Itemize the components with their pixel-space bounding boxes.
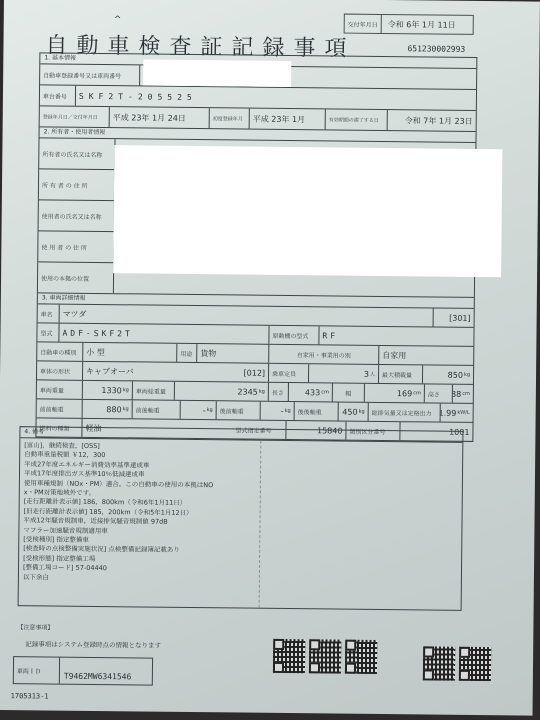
engine-value: RF bbox=[319, 326, 473, 346]
rr-axle-label: 後後軸重 bbox=[295, 402, 339, 420]
gross-weight-unit: kg bbox=[259, 389, 265, 395]
capacity-value: 3人 bbox=[309, 364, 379, 383]
caret-mark: ^ bbox=[114, 15, 122, 25]
owner-address-label: 所 有 者 の 住 所 bbox=[39, 169, 115, 200]
gross-weight-value: 2345kg bbox=[175, 382, 269, 401]
displacement-value: 1.99kW/L bbox=[441, 404, 473, 422]
length-unit: cm bbox=[321, 389, 329, 395]
displacement-unit: kW/L bbox=[457, 410, 469, 416]
capacity-number: 3 bbox=[364, 369, 369, 378]
rr-axle-value: 450kg bbox=[339, 403, 369, 421]
issue-date-label: 交付年月日 bbox=[345, 15, 382, 33]
remarks-lines: [富山]，継続検査，[OSS]自動車重量税額 ￥12，300平成27年度エネルギ… bbox=[19, 438, 463, 590]
length-value: 433cm bbox=[289, 383, 333, 401]
height-unit: cm bbox=[462, 391, 470, 397]
notes-heading: 【注意事項】 bbox=[17, 622, 53, 631]
model-label: 型式 bbox=[37, 323, 59, 341]
category-value: 小 型 bbox=[83, 343, 177, 362]
maker-label: 車名 bbox=[38, 304, 60, 322]
length-label: 長さ bbox=[269, 383, 289, 401]
qr-code-icon bbox=[423, 646, 455, 680]
remarks-box: 4. 備考 [富山]，継続検査，[OSS]自動車重量税額 ￥12，300平成27… bbox=[18, 426, 464, 611]
document-number: 651230002993 bbox=[407, 44, 465, 54]
redaction-registration-number bbox=[143, 59, 291, 87]
vehicle-id-box: 車両ＩＤ T9462MW6341546 bbox=[13, 656, 153, 685]
max-load-number: 850 bbox=[448, 370, 463, 379]
height-label: 高さ bbox=[425, 384, 453, 402]
model-value: ADF-SKF2T bbox=[59, 324, 269, 344]
first-year-value: 平成 23年 1月 bbox=[250, 109, 326, 130]
ff-axle-number: 880 bbox=[106, 405, 121, 414]
chassis-number-value: SKF2T-205525 bbox=[76, 86, 476, 110]
height-number: 188 bbox=[453, 389, 462, 398]
expiry-label: 有効期間の満了する日 bbox=[326, 109, 388, 130]
gross-weight-label: 車両総重量 bbox=[133, 381, 175, 399]
use-type-value: 自家用 bbox=[379, 346, 473, 365]
fr-axle-number: - bbox=[203, 406, 206, 415]
body-label: 車体の形状 bbox=[37, 361, 83, 379]
rf-axle-number: - bbox=[281, 406, 284, 415]
max-load-unit: kg bbox=[464, 372, 470, 378]
expiry-value: 令和 7年 1月 23日 bbox=[388, 110, 476, 131]
weight-unit: kg bbox=[123, 387, 129, 393]
rf-axle-label: 後前軸重 bbox=[217, 401, 261, 419]
footer-code: 1705313-1 bbox=[11, 692, 49, 700]
gross-weight-number: 2345 bbox=[237, 387, 257, 396]
rf-axle-unit: kg bbox=[285, 408, 291, 414]
displacement-label: 総排気量又は定格出力 bbox=[369, 403, 441, 422]
registration-number-label: 自動車登録番号又は車両番号 bbox=[40, 64, 140, 85]
first-year-label: 初度登録年月 bbox=[210, 108, 250, 128]
maker-code: [301] bbox=[434, 309, 474, 327]
purpose-value: 貨物 bbox=[197, 344, 269, 363]
weight-label: 車両重量 bbox=[37, 380, 83, 398]
width-number: 169 bbox=[397, 389, 412, 398]
use-type-label: 自家用・事業用の別 bbox=[269, 345, 379, 364]
first-registration-value: 平成 23年 1月 24日 bbox=[110, 107, 210, 128]
fr-axle-value: -kg bbox=[181, 401, 217, 419]
fr-axle-label: 前後軸重 bbox=[133, 400, 181, 419]
fr-axle-unit: kg bbox=[207, 407, 213, 413]
user-name-label: 使用者の氏名又は名称 bbox=[39, 200, 115, 231]
redaction-owner-info bbox=[113, 145, 502, 277]
length-number: 433 bbox=[305, 388, 320, 397]
chassis-number-label: 車台番号 bbox=[40, 85, 76, 105]
capacity-unit: 人 bbox=[370, 370, 375, 377]
engine-label: 原動機の型式 bbox=[269, 326, 319, 345]
width-label: 幅 bbox=[333, 383, 365, 401]
category-label: 自動車の種別 bbox=[37, 342, 83, 360]
user-address-label: 使 用 者 の 住 所 bbox=[38, 231, 114, 262]
vehicle-id-label: 車両ＩＤ bbox=[14, 657, 60, 683]
inspection-record-paper: ^ 自動車検査証記録事項 交付年月日 令和 6年 1月 11日 65123000… bbox=[0, 0, 540, 716]
rf-axle-value: -kg bbox=[261, 402, 295, 420]
weight-value: 1330kg bbox=[83, 381, 133, 400]
ff-axle-unit: kg bbox=[123, 406, 129, 412]
body-code: [012] bbox=[223, 363, 269, 381]
qr-code-icon bbox=[459, 647, 491, 681]
height-value: 188cm bbox=[453, 385, 473, 403]
ff-axle-value: 880kg bbox=[83, 400, 133, 419]
displacement-number: 1.99 bbox=[441, 408, 457, 417]
capacity-label: 乗車定員 bbox=[269, 364, 309, 382]
rr-axle-number: 450 bbox=[342, 407, 357, 416]
qr-code-icon bbox=[309, 639, 341, 673]
max-load-label: 最大積載量 bbox=[379, 365, 423, 383]
rr-axle-unit: kg bbox=[359, 409, 365, 415]
qr-code-group-right bbox=[423, 646, 491, 681]
base-location-label: 使用の本拠の位置 bbox=[38, 262, 114, 293]
width-unit: cm bbox=[413, 390, 421, 396]
notes-text: 記録事項はシステム登録時点の情報となります bbox=[25, 639, 161, 649]
qr-code-icon bbox=[345, 640, 377, 674]
max-load-value: 850kg bbox=[423, 365, 473, 384]
ff-axle-label: 前前軸重 bbox=[37, 399, 83, 417]
width-value: 169cm bbox=[365, 384, 425, 403]
issue-date-box: 交付年月日 令和 6年 1月 11日 bbox=[344, 14, 474, 35]
qr-code-group-left bbox=[273, 639, 377, 674]
purpose-label: 用途 bbox=[177, 344, 197, 362]
issue-date-value: 令和 6年 1月 11日 bbox=[382, 18, 456, 30]
qr-code-icon bbox=[273, 639, 305, 673]
body-value: キャブオーバ bbox=[83, 362, 223, 381]
first-registration-label: 登録年月日／交付年月日 bbox=[40, 106, 110, 127]
owner-name-label: 所有者の氏名又は名称 bbox=[39, 138, 115, 169]
vehicle-id-value: T9462MW6341546 bbox=[60, 658, 132, 685]
weight-number: 1330 bbox=[101, 386, 121, 395]
